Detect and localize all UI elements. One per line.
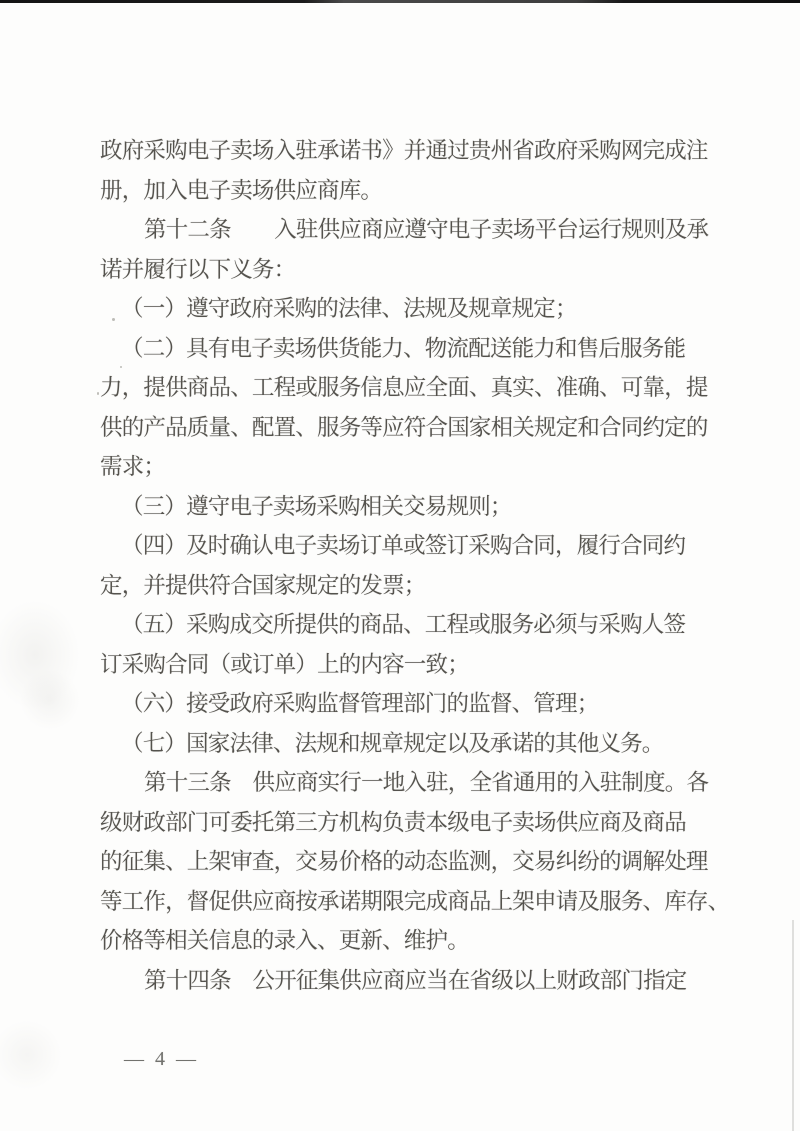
text-line: 供的产品质量、配置、服务等应符合国家相关规定和合同约定的: [100, 408, 720, 448]
scan-artifact-smudge: [20, 670, 80, 730]
document-body-text: 政府采购电子卖场入驻承诺书》并通过贵州省政府采购网完成注 册，加入电子卖场供应商…: [100, 131, 720, 1000]
text-line: 订采购合同（或订单）上的内容一致；: [100, 645, 720, 685]
text-line-article-12: 第十二条 入驻供应商应遵守电子卖场平台运行规则及承: [100, 210, 720, 250]
text-line-clause-3: （三）遵守电子卖场采购相关交易规则；: [100, 487, 720, 527]
page-number: — 4 —: [124, 1048, 199, 1071]
text-line: 力，提供商品、工程或服务信息应全面、真实、准确、可靠，提: [100, 368, 720, 408]
text-line-clause-4: （四）及时确认电子卖场订单或签订采购合同，履行合同约: [100, 526, 720, 566]
text-line: 级财政部门可委托第三方机构负责本级电子卖场供应商及商品: [100, 803, 720, 843]
text-line: 等工作，督促供应商按承诺期限完成商品上架申请及服务、库存、: [100, 882, 720, 922]
text-line: 定，并提供符合国家规定的发票；: [100, 566, 720, 606]
scan-artifact-smudge: [0, 1020, 62, 1090]
scan-artifact-right-edge: [792, 920, 794, 1131]
text-line-clause-5: （五）采购成交所提供的商品、工程或服务必须与采购人签: [100, 605, 720, 645]
text-line: 需求；: [100, 447, 720, 487]
scan-artifact-top-edge: [0, 0, 800, 3]
text-line-clause-7: （七）国家法律、法规和规章规定以及承诺的其他义务。: [100, 724, 720, 764]
text-line-article-13: 第十三条 供应商实行一地入驻，全省通用的入驻制度。各: [100, 763, 720, 803]
scan-artifact-speck: [97, 392, 99, 395]
text-line-clause-6: （六）接受政府采购监督管理部门的监督、管理；: [100, 684, 720, 724]
text-line-article-14: 第十四条 公开征集供应商应当在省级以上财政部门指定: [100, 961, 720, 1001]
scanned-document-page: 政府采购电子卖场入驻承诺书》并通过贵州省政府采购网完成注 册，加入电子卖场供应商…: [0, 0, 800, 1131]
text-line: 的征集、上架审查，交易价格的动态监测，交易纠纷的调解处理: [100, 842, 720, 882]
text-line-clause-1: （一）遵守政府采购的法律、法规及规章规定；: [100, 289, 720, 329]
text-line: 政府采购电子卖场入驻承诺书》并通过贵州省政府采购网完成注: [100, 131, 720, 171]
text-line-clause-2: （二）具有电子卖场供货能力、物流配送能力和售后服务能: [100, 329, 720, 369]
text-line: 诺并履行以下义务：: [100, 250, 720, 290]
text-line: 价格等相关信息的录入、更新、维护。: [100, 921, 720, 961]
text-line: 册，加入电子卖场供应商库。: [100, 171, 720, 211]
